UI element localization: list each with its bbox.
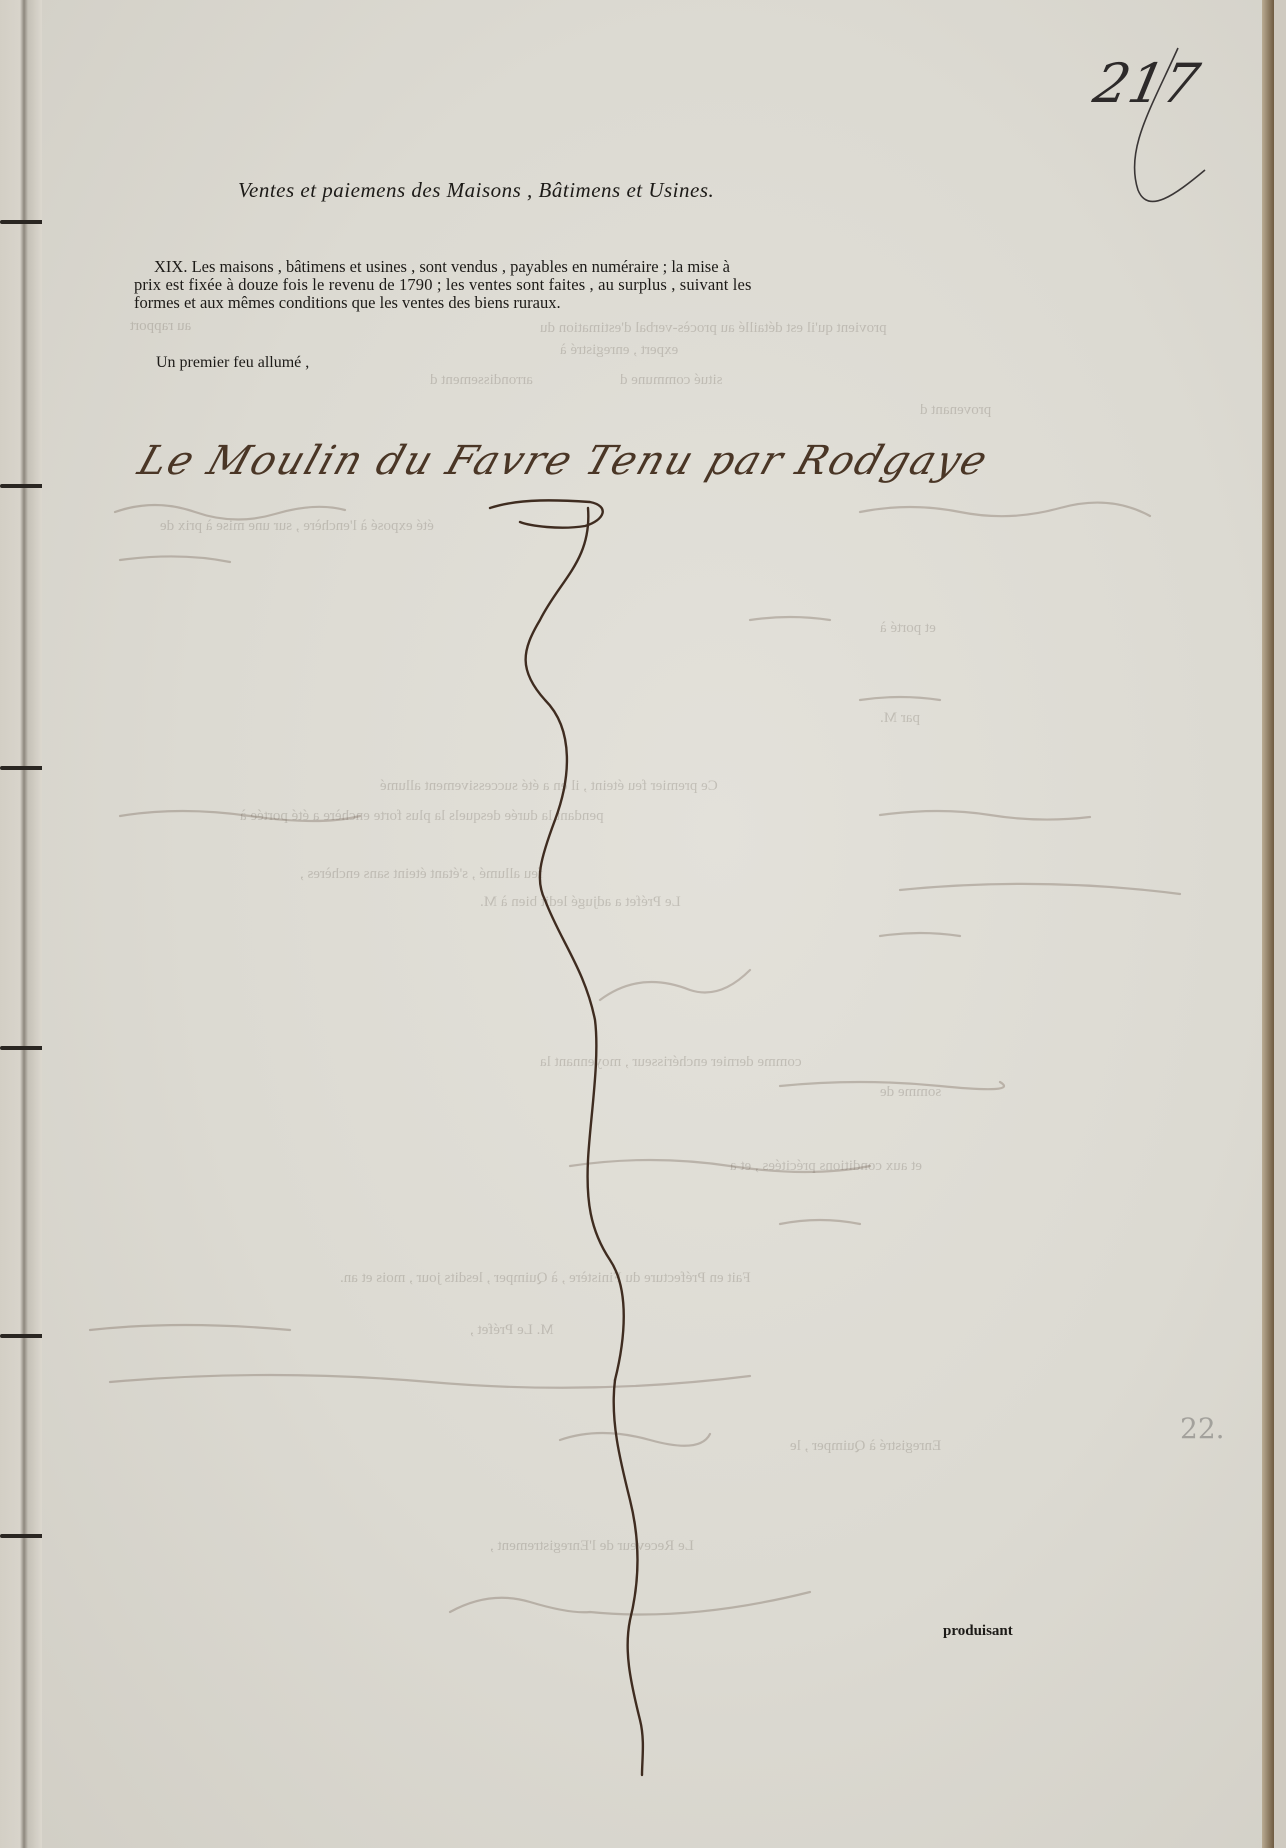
footer-word-produisant: produisant	[943, 1623, 1013, 1640]
cancellation-stroke	[0, 0, 1286, 1848]
